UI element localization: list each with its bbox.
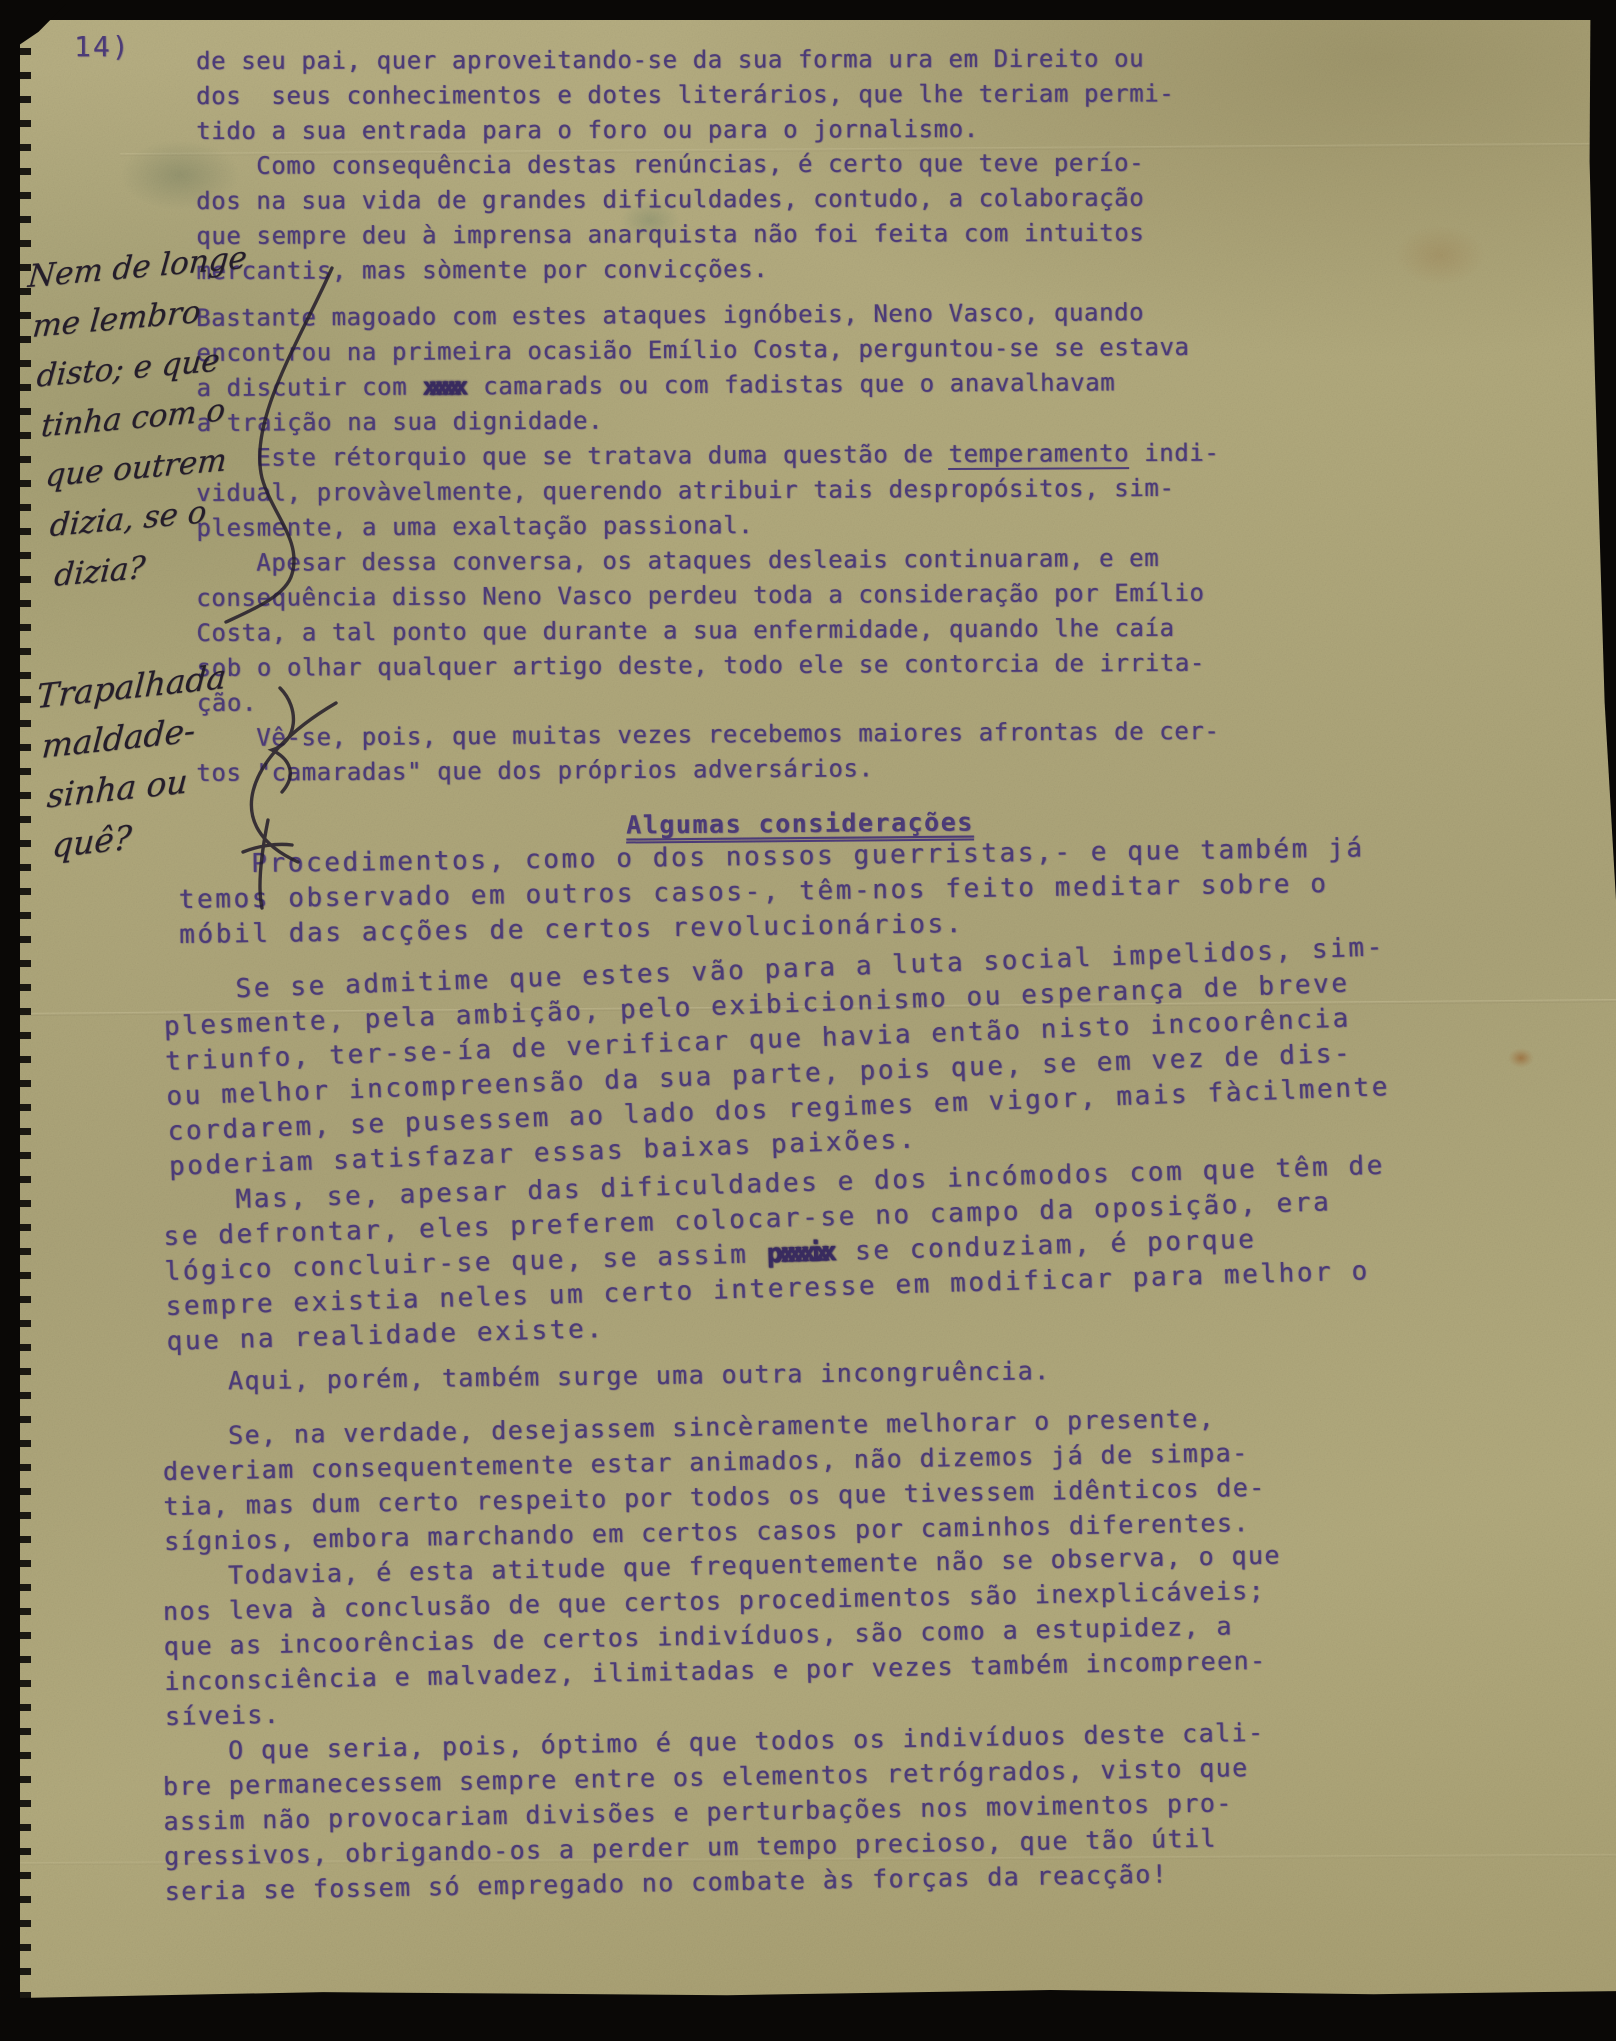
typed-segment: síveis. <box>165 1700 281 1731</box>
typed-segment: plesmente, a uma exaltação passional. <box>196 511 753 542</box>
typed-segment: dos na sua vida de grandes dificuldades,… <box>196 184 1144 215</box>
typed-paragraph: Aqui, porém, também surge uma outra inco… <box>162 1346 1616 1399</box>
typed-segment: indi- <box>1129 439 1219 467</box>
typed-line: de seu pai, quer aproveitando-se da sua … <box>196 40 1616 79</box>
typed-paragraph: Se se admitime que estes vão para a luta… <box>162 922 1616 1185</box>
typed-segment: sob o olhar qualquer artigo deste, todo … <box>197 649 1205 682</box>
typed-segment: Como consequência destas renúncias, é ce… <box>196 149 1144 180</box>
typed-segment: Bastante magoado com estes ataques ignób… <box>196 298 1144 332</box>
margin-note: Nem de longeme lembrodisto; e quetinha c… <box>26 233 275 601</box>
typed-paragraph: de seu pai, quer aproveitando-se da sua … <box>196 40 1616 149</box>
typed-line: mercantis, mas sòmente por convicções. <box>196 249 1616 289</box>
typed-segment: encontrou na primeira ocasião Emílio Cos… <box>196 333 1189 367</box>
typed-paragraph: Como consequência destas renúncias, é ce… <box>196 144 1616 289</box>
typed-segment: de seu pai, quer aproveitando-se da sua … <box>196 45 1144 75</box>
typed-line: dos seus conhecimentos e dotes literário… <box>196 75 1616 114</box>
typed-segment: Aqui, porém, também surge uma outra inco… <box>162 1356 1051 1396</box>
typed-segment: Este rétorquio que se tratava duma quest… <box>196 440 949 472</box>
typed-segment: vidual, provàvelmente, querendo atribuir… <box>196 474 1174 507</box>
typed-segment: tos "camaradas" que dos próprios adversá… <box>196 754 873 787</box>
typed-segment: que sempre deu à imprensa anarquista não… <box>196 219 1144 250</box>
typed-line: dos na sua vida de grandes dificuldades,… <box>196 179 1616 219</box>
typed-segment: camarads ou com fadistas que o anavalhav… <box>468 368 1115 400</box>
struck-word: xxxxxx <box>422 372 468 400</box>
typed-line: que sempre deu à imprensa anarquista não… <box>196 214 1616 254</box>
typed-segment: Apesar dessa conversa, os ataques deslea… <box>196 544 1159 577</box>
typed-segment: tido a sua entrada para o foro ou para o… <box>196 115 979 145</box>
struck-word: pxxxxxixx <box>766 1237 837 1269</box>
typed-paragraph: Todavia, é esta atitude que frequentemen… <box>162 1531 1616 1734</box>
typed-paragraph: Apesar dessa conversa, os ataques deslea… <box>196 539 1616 721</box>
typed-segment: mercantis, mas sòmente por convicções. <box>196 255 768 285</box>
typed-line: Aqui, porém, também surge uma outra inco… <box>162 1346 1616 1399</box>
scanned-document-page: { "page": { "number": "14)" }, "colors":… <box>0 0 1616 2041</box>
typed-paragraph: O que seria, pois, óptimo é que todos os… <box>162 1709 1616 1909</box>
underlined-word: temperamento <box>948 439 1129 470</box>
margin-note: Trapalhadamaldade-sinha ouquê? <box>34 652 244 871</box>
typed-paragraph: Este rétorquio que se tratava duma quest… <box>196 434 1616 546</box>
typed-line: tido a sua entrada para o foro ou para o… <box>196 110 1616 149</box>
typed-paragraph: Se, na verdade, desejassem sincèramente … <box>162 1394 1616 1559</box>
scan-border-bottom <box>0 1989 1616 2041</box>
typed-segment: dos seus conhecimentos e dotes literário… <box>196 79 1174 110</box>
typed-line: Como consequência destas renúncias, é ce… <box>196 144 1616 184</box>
typed-segment: Costa, a tal ponto que durante a sua enf… <box>196 614 1174 647</box>
typed-paragraph: Bastante magoado com estes ataques ignób… <box>196 292 1616 441</box>
typed-segment: Vê-se, pois, que muitas vezes recebemos … <box>196 717 1220 752</box>
typed-segment: consequência disso Neno Vasco perdeu tod… <box>196 579 1204 612</box>
scan-border-top <box>0 0 1616 20</box>
scan-border-left <box>0 0 20 2041</box>
typed-paragraph: Vê-se, pois, que muitas vezes recebemos … <box>196 711 1616 791</box>
